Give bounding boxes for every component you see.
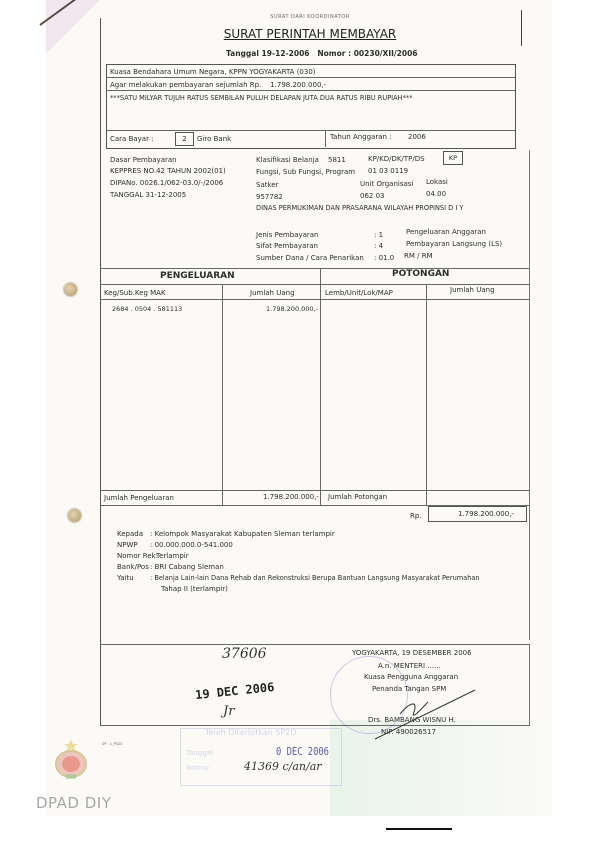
header-small: SURAT DARI KOORDINATOR — [100, 14, 520, 20]
form-right-tick — [521, 10, 522, 46]
divider — [100, 644, 530, 645]
payment-instruction: Agar melakukan pembayaran sejumlah Rp. 1… — [110, 81, 326, 89]
jenis-code: : 1 — [374, 231, 383, 239]
sifat-code: : 4 — [374, 242, 383, 250]
cara-bayar-label: Cara Bayar : — [110, 135, 154, 143]
yaitu-value: : Belanja Lain-lain Dana Rehab dan Rekon… — [150, 574, 480, 582]
folded-corner — [46, 0, 100, 54]
divider — [100, 490, 530, 491]
row-jumlah: 1.798.200.000,- — [266, 305, 318, 313]
dinas-name: DINAS PERMUKIMAN DAN PRASARANA WILAYAH P… — [256, 204, 463, 212]
divider — [325, 130, 326, 147]
form-left-border — [100, 18, 101, 725]
rek-label: Nomor Rek: — [117, 552, 158, 560]
sumber-text: RM / RM — [404, 252, 433, 260]
jenis-label: Jenis Pembayaran — [256, 231, 319, 239]
dpad-emblem-icon — [54, 738, 88, 780]
page-title: SURAT PERINTAH MEMBAYAR — [100, 27, 520, 41]
number-label: Nomor : — [317, 49, 351, 58]
amount-in-words: ***SATU MILYAR TUJUH RATUS SEMBILAN PULU… — [110, 94, 413, 102]
form-code: SP : 1_PS20 — [102, 742, 123, 746]
col-header-jumlah-potongan: Jumlah Uang — [450, 286, 495, 294]
divider — [100, 268, 530, 269]
scan-artifact-bar — [386, 828, 452, 830]
sign-role1: Kuasa Pengguna Anggaran — [364, 673, 458, 681]
received-date: 0 DEC 2006 — [276, 745, 329, 758]
received-tanggal-label: Tanggal — [186, 749, 213, 757]
satker-label: Satker — [256, 181, 278, 189]
divider — [106, 130, 515, 131]
yaitu-value-2: Tahap II (terlampir) — [161, 585, 228, 593]
col-header-lemb: Lemb/Unit/Lok/MAP — [325, 289, 393, 297]
col-header-jumlah: Jumlah Uang — [250, 289, 295, 297]
dasar-line1: KEPPRES NO.42 TAHUN 2002(01) — [110, 167, 226, 175]
punch-hole — [64, 283, 77, 296]
received-nomor-label: Nomor — [186, 764, 210, 772]
lokasi-value: 04.00 — [426, 190, 446, 198]
divider — [529, 644, 530, 725]
fungsi-label: Fungsi, Sub Fungsi, Program — [256, 168, 355, 176]
bank-value: : BRI Cabang Sleman — [150, 563, 224, 571]
cara-bayar-text: Giro Bank — [197, 135, 231, 143]
kepada-label: Kepada — [117, 530, 143, 538]
tahun-anggaran-label: Tahun Anggaran : — [330, 133, 392, 141]
divider — [106, 90, 515, 91]
sign-place-date: YOGYAKARTA, 19 DESEMBER 2006 — [352, 649, 472, 657]
yaitu-label: Yaitu — [117, 574, 134, 582]
cara-bayar-code: 2 — [175, 132, 194, 146]
sifat-label: Sifat Pembayaran — [256, 242, 318, 250]
total-pengeluaran-label: Jumlah Pengeluaran — [104, 494, 174, 502]
sumber-code: : 01.0 — [374, 254, 394, 262]
received-nomor: 41369 c/an/ar — [244, 760, 322, 773]
date-value: 19-12-2006 — [262, 49, 310, 58]
handwritten-number: 37606 — [222, 646, 267, 662]
sign-an: A.n. MENTERI ...... — [378, 662, 441, 670]
number-value: 00230/XII/2006 — [354, 49, 418, 58]
payment-label: Agar melakukan pembayaran sejumlah Rp. — [110, 81, 261, 89]
dasar-label: Dasar Pembayaran — [110, 156, 177, 164]
tahun-anggaran-value: 2006 — [408, 133, 426, 141]
lokasi-label: Lokasi — [426, 178, 448, 186]
divider — [222, 284, 223, 505]
npwp-label: NPWP — [117, 541, 138, 549]
payment-amount: 1.798.200.000,- — [270, 81, 326, 89]
klasifikasi-value: 5811 — [328, 156, 346, 164]
unit-value: 062 03 — [360, 192, 385, 200]
col-header-kegiatan: Keg/Sub.Keg MAK — [104, 289, 166, 297]
rek-value: Terlampir — [156, 552, 189, 560]
total-pengeluaran-value: 1.798.200.000,- — [263, 493, 319, 501]
satker-value: 957782 — [256, 193, 283, 201]
npwp-value: : 00.000.000.0-541.000 — [150, 541, 233, 549]
sign-nip: NIP. 490026517 — [381, 728, 436, 736]
kepada-value: : Kelompok Masyarakat Kabupaten Sleman t… — [150, 530, 335, 538]
pengeluaran-header: PENGELUARAN — [160, 271, 235, 281]
divider — [106, 77, 515, 78]
date-line: Tanggal 19-12-2006 Nomor : 00230/XII/200… — [226, 49, 418, 58]
bank-label: Bank/Pos — [117, 563, 149, 571]
net-label: Rp. — [410, 512, 422, 520]
payer-kppn: Kuasa Bendahara Umum Negara, KPPN YOGYAK… — [110, 68, 316, 76]
form-right-border — [529, 150, 530, 640]
kp-label: KP/KD/DK/TP/DS — [368, 155, 425, 163]
sifat-text: Pembayaran Langsung (LS) — [406, 240, 502, 248]
divider — [426, 284, 427, 505]
dasar-line3: TANGGAL 31-12-2005 — [110, 191, 186, 199]
klasifikasi-label: Klasifikasi Belanja — [256, 156, 319, 164]
sumber-label: Sumber Dana / Cara Penarikan — [256, 254, 364, 262]
kp-value: KP — [443, 151, 463, 165]
divider — [100, 299, 530, 300]
divider — [100, 284, 530, 285]
jenis-text: Pengeluaran Anggaran — [406, 228, 486, 236]
unit-label: Unit Organisasi — [360, 180, 413, 188]
date-label: Tanggal — [226, 49, 259, 58]
sign-name: Drs. BAMBANG WISNU H. — [368, 716, 456, 724]
divider — [320, 268, 321, 505]
net-value: 1.798.200.000,- — [458, 510, 514, 518]
watermark: DPAD DIY — [36, 794, 111, 812]
received-stamp-title: Telah Diterbitkan SP2D — [205, 728, 297, 737]
fungsi-value: 01 03 0119 — [368, 167, 408, 175]
handwritten-initial: Jr — [223, 704, 234, 719]
row-kegiatan: 2684 . 0504 . 581113 — [112, 305, 182, 313]
dasar-line2: DIPANo. 0026.1/062-03.0/-/2006 — [110, 179, 223, 187]
punch-hole — [68, 509, 81, 522]
total-potongan-label: Jumlah Potongan — [328, 493, 387, 501]
potongan-header: POTONGAN — [392, 269, 449, 279]
